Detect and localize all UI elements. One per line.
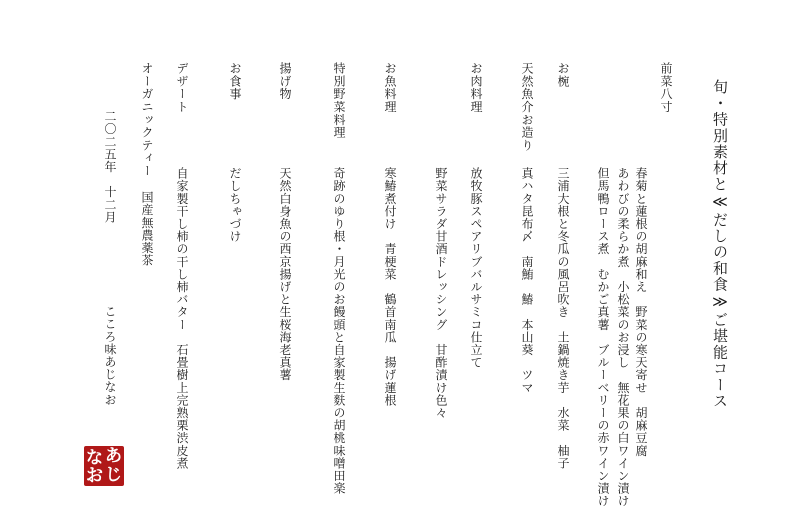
section-item: 野菜サラダ甘酒ドレッシング 甘酢漬け色々: [435, 167, 447, 419]
section-item: 自家製干し柿の干し柿バター 石畳樹上完熟栗渋皮煮: [176, 167, 188, 469]
section-heading-sakana: お魚料理: [384, 62, 396, 113]
section-item: 三浦大根と冬瓜の風呂吹き 土鍋焼き芋 水菜 柚子: [557, 167, 569, 469]
section-item: 国産無農薬茶: [141, 191, 153, 267]
section-heading-dessert: デザート: [176, 62, 188, 113]
section-item: 但馬鴨ロース煮 むかご真薯 ブルーベリーの赤ワイン漬け: [597, 167, 609, 507]
section-heading-oshokuji: お食事: [229, 62, 241, 100]
section-heading-yasai: 特別野菜料理: [333, 62, 345, 139]
section-heading-otsukuri: 天然魚介お造り: [521, 62, 533, 152]
seal-char: あ: [105, 448, 122, 465]
restaurant-signature: こころ味あじなお: [104, 305, 116, 406]
section-heading-agemono: 揚げ物: [279, 62, 291, 100]
section-item: 奇跡のゆり根・月光のお饅頭と自家製生麩の胡桃味噌田楽: [333, 167, 345, 495]
section-heading-tea: オーガニックティー: [141, 62, 153, 177]
section-item: あわびの柔らか煮 小松菜のお浸し 無花果の白ワイン漬け: [617, 167, 629, 507]
menu-title: 旬・特別素材と≪だしの和食≫ご堪能コース: [712, 79, 727, 409]
section-item: 放牧豚スペアリブバルサミコ仕立て: [470, 167, 482, 369]
section-heading-niku: お肉料理: [470, 62, 482, 113]
section-item: 天然白身魚の西京揚げと生桜海老真薯: [279, 167, 291, 381]
menu-date: 二〇二五年 十二月: [104, 110, 116, 223]
section-item: だしちゃづけ: [229, 167, 241, 243]
seal-char: な: [86, 450, 103, 467]
section-heading-zensai: 前菜八寸: [660, 62, 672, 113]
section-item: 春菊と蓮根の胡麻和え 野菜の寒天寄せ 胡麻豆腐: [635, 167, 647, 457]
seal-char: じ: [105, 467, 122, 484]
section-item: 真ハタ昆布〆 南鮪 鰆 本山葵 ツマ: [521, 167, 533, 394]
section-heading-owan: お椀: [557, 62, 569, 88]
section-item: 寒鰆煮付け 青梗菜 鶴首南瓜 揚げ蓮根: [384, 167, 396, 406]
seal-char: お: [86, 468, 103, 485]
red-seal-stamp: あ じ な お: [84, 446, 124, 486]
